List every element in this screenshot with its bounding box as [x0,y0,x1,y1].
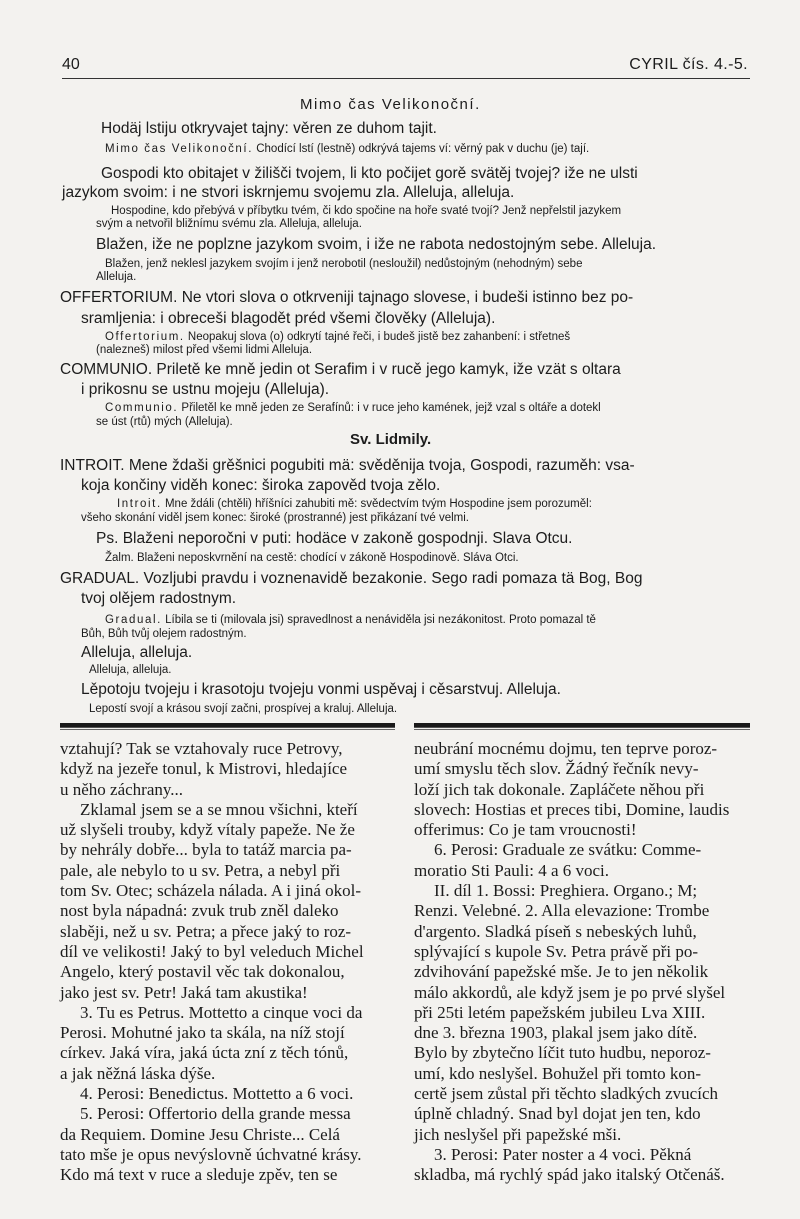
page-header: 40 CYRIL čís. 4.-5. [62,56,750,79]
body-line: certě jsem zůstal při těchto sladkých zv… [414,1084,750,1104]
body-line: by nehrály dobře... byla to tatáž marcia… [60,840,395,860]
body-line: Angelo, který postavil věc tak dokonalou… [60,962,395,982]
body-line: dne 3. března 1903, plakal jsem jako dít… [414,1023,750,1043]
alleluia-translation: Alleluja, alleluja. [89,664,171,676]
body-line: slaběji, než u sv. Petra; a přece jaký t… [60,922,395,942]
body-line: skladba, má rychlý spád jako italský Otč… [414,1165,750,1185]
body-line: když na jezeře tonul, k Mistrovi, hledaj… [60,759,395,779]
translation-line: Mimo čas Velikonoční. Chodící lstí (lest… [105,143,589,155]
lepotoju-translation: Lepostí svojí a krásou svojí začni, pros… [89,703,397,715]
body-line: loží jich tak dokonale. Zapláčete něhou … [414,780,750,800]
body-line: Zklamal jsem se a se mnou všichni, kteří [60,800,395,820]
body-line: tom Sv. Otec; scházela nálada. A i jiná … [60,881,395,901]
body-line: slovech: Hostias et preces tibi, Domine,… [414,800,750,820]
body-line: Kdo má text v ruce a sleduje zpěv, ten s… [60,1165,395,1185]
offertorium-translation: (nalezneš) milost před všemi lidmi Allel… [96,344,312,356]
communio-translation: Communio. Přiletěl ke mně jeden ze Seraf… [105,402,601,414]
translation-label: Communio. [105,402,178,414]
chant-line: Blažen, iže ne poplzne jazykom svoim, i … [96,236,656,254]
body-line: 6. Perosi: Graduale ze svátku: Comme- [414,840,750,860]
chant-line: Hodäj lstiju otkryvajet tajny: věren ze … [101,120,437,138]
psalm-chant: Ps. Blaženi neporočni v puti: hodäce v z… [96,530,572,548]
separator-rule-right [414,723,750,728]
body-line: d'argento. Sladká píseň s nebeských luhů… [414,922,750,942]
body-line: málo akkordů, ale když jsem je po prvé s… [414,983,750,1003]
body-line: 4. Perosi: Benedictus. Mottetto a 6 voci… [60,1084,395,1104]
body-line: splývající s kupole Sv. Petra právě při … [414,942,750,962]
body-line: díl ve velikosti! Jaký to byl veleduch M… [60,942,395,962]
body-line: offerimus: Co je tam vroucnosti! [414,820,750,840]
body-line: vztahují? Tak se vztahovaly ruce Petrovy… [60,739,395,759]
body-line: u něho záchrany... [60,780,395,800]
translation-label: Offertorium. [105,331,185,343]
body-line: tato mše je opus nevýslovně úchvatné krá… [60,1145,395,1165]
scanned-page: 40 CYRIL čís. 4.-5. Mimo čas Velikonoční… [0,0,800,1219]
journal-title: CYRIL čís. 4.-5. [629,56,748,74]
translation-text: Chodící lstí (lestně) odkrývá tajems ví:… [256,143,589,155]
communio-translation: se úst (rtů) mých (Alleluja). [96,416,233,428]
body-line: Perosi. Mohutné jako ta skála, na níž st… [60,1023,395,1043]
introit-chant: koja končiny viděh konec: široka zapověd… [81,477,440,495]
body-line: Renzi. Velebné. 2. Alla elevazione: Trom… [414,901,750,921]
body-line: Bylo by zbytečno líčit tuto hudbu, nepor… [414,1043,750,1063]
lepotoju-chant: Lěpotoju tvojeju i krasotoju tvojeju von… [81,681,561,699]
body-line: umí, kdo neslyšel. Bohužel při tomto kon… [414,1064,750,1084]
translation-label: Introit. [117,498,162,510]
translation-text: Přiletěl ke mně jeden ze Serafínů: i v r… [181,402,600,414]
body-line: jich neslyšel při papežské mši. [414,1125,750,1145]
gradual-chant: GRADUAL. Vozljubi pravdu i voznenavidě b… [60,570,642,588]
communio-chant: COMMUNIO. Priletě ke mně jedin ot Serafi… [60,361,621,379]
body-line: neubrání mocnému dojmu, ten teprve poroz… [414,739,750,759]
section-title-sv-lidmily: Sv. Lidmily. [350,431,431,448]
left-column-text: vztahují? Tak se vztahovaly ruce Petrovy… [60,739,395,1186]
right-column-text: neubrání mocnému dojmu, ten teprve poroz… [414,739,750,1186]
body-line: a jak něžná láska dýše. [60,1064,395,1084]
body-line: církev. Jaká víra, jaká úcta zní z těch … [60,1043,395,1063]
translation-text: Mne ždáli (chtěli) hříšníci zahubiti mě:… [165,498,592,510]
translation-label: Mimo čas Velikonoční. [105,143,253,155]
introit-translation: Introit. Mne ždáli (chtěli) hříšníci zah… [117,498,592,510]
body-line: II. díl 1. Bossi: Preghiera. Organo.; M; [414,881,750,901]
body-line: zdvihování papežské mše. Je to jen někol… [414,962,750,982]
body-line: pale, ale nebylo to u sv. Petra, a nebyl… [60,861,395,881]
section-title-mimo-cas: Mimo čas Velikonoční. [300,96,481,113]
chant-line: Gospodi kto obitajet v žilišči tvojem, l… [101,165,638,183]
body-line: 3. Tu es Petrus. Mottetto a cinque voci … [60,1003,395,1023]
offertorium-chant: sramljenia: i obreceši blagodět préd vše… [81,310,495,328]
translation-line: Alleluja. [96,271,136,283]
body-line: 5. Perosi: Offertorio della grande messa [60,1104,395,1124]
introit-translation: všeho skonání viděl jsem konec: široké (… [81,512,469,524]
offertorium-chant: OFFERTORIUM. Ne vtori slova o otkrveniji… [60,289,633,307]
separator-rule-left [60,723,395,728]
translation-label: Gradual. [105,614,162,626]
page-number: 40 [62,56,80,74]
translation-text: Neopakuj slova (o) odkrytí tajné řeči, i… [188,331,570,343]
communio-chant: i prikosnu se ustnu mojeju (Alleluja). [81,381,329,399]
translation-line: Hospodine, kdo přebývá v příbytku tvém, … [111,205,621,217]
body-line: úplně chladný. Snad byl dojat jen ten, k… [414,1104,750,1124]
chant-line: jazykom svoim: i ne stvori iskrnjemu svo… [62,184,514,202]
translation-line: Blažen, jenž neklesl jazykem svojím i je… [105,258,582,270]
gradual-translation: Bůh, Bůh tvůj olejem radostným. [81,628,247,640]
introit-chant: INTROIT. Mene ždaši grěšnici pogubiti mä… [60,457,635,475]
body-line: nost byla nápadná: zvuk trub zněl daleko [60,901,395,921]
body-line: da Requiem. Domine Jesu Christe... Celá [60,1125,395,1145]
alleluia-chant: Alleluja, alleluja. [81,644,192,662]
body-line: moratio Sti Pauli: 4 a 6 voci. [414,861,750,881]
psalm-translation: Žalm. Blaženi neposkvrnění na cestě: cho… [105,552,519,564]
gradual-translation: Gradual. Líbila se ti (milovala jsi) spr… [105,614,596,626]
gradual-chant: tvoj olějem radostnym. [81,590,236,608]
body-line: při 25ti letém papežském jubileu Lva XII… [414,1003,750,1023]
body-line: jako jest sv. Petr! Jaká tam akustika! [60,983,395,1003]
body-line: už slyšeli trouby, když vítaly papeže. N… [60,820,395,840]
offertorium-translation: Offertorium. Neopakuj slova (o) odkrytí … [105,331,570,343]
translation-line: svým a netvořil bližnímu svému zla. Alle… [96,218,362,230]
body-line: umí smyslu těch slov. Žádný řečník nevy- [414,759,750,779]
translation-text: Líbila se ti (milovala jsi) spravedlnost… [165,614,596,626]
body-line: 3. Perosi: Pater noster a 4 voci. Pěkná [414,1145,750,1165]
